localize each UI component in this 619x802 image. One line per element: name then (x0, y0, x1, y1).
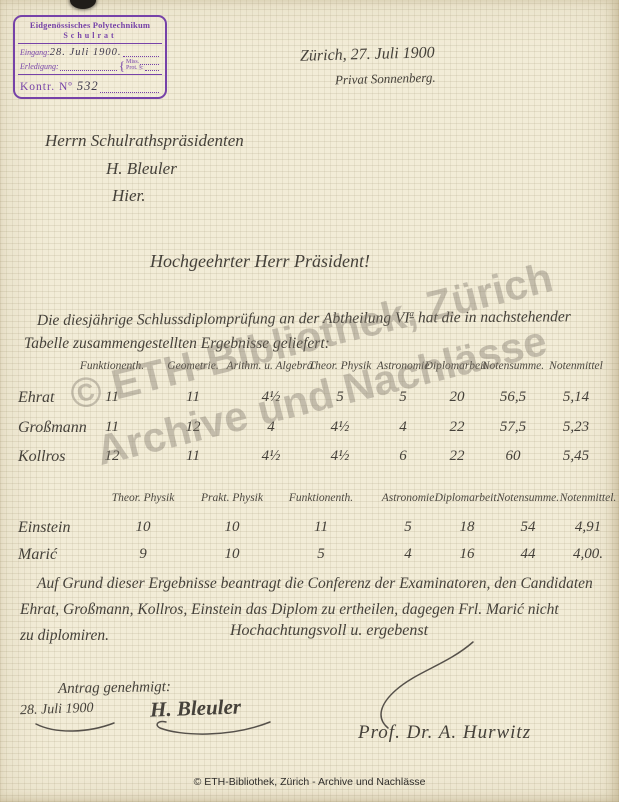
salutation: Hochgeehrter Herr Präsident! (150, 251, 370, 272)
intro-line: Tabelle zusammengestellten Ergebnisse ge… (24, 335, 330, 353)
grade: 9 (139, 546, 147, 563)
grade: 60 (506, 448, 521, 465)
dateline: Zürich, 27. Juli 1900 (300, 44, 435, 66)
grade: 57,5 (500, 419, 526, 436)
pen-flourish (330, 638, 480, 733)
column-header: Theor. Physik (112, 492, 175, 504)
column-header: Diplomarbeit. (425, 360, 490, 372)
column-header: Diplomarbeit. (435, 492, 500, 504)
grade: 6 (399, 448, 407, 465)
scanned-letter-page: Eidgenössisches Polytechnikum Schulrat E… (0, 0, 619, 802)
column-header: Theor. Physik (309, 360, 372, 372)
grade: 5 (399, 389, 407, 406)
stamp-erledigung-row: Erledigung: { Miss. Prot. §: (20, 59, 160, 71)
table-row: Großmann 11 12 4 4½ 4 22 57,5 5,23 (0, 419, 619, 439)
grade: 20 (450, 389, 465, 406)
grade: 4½ (262, 389, 281, 406)
candidate-name: Großmann (18, 419, 87, 437)
grade: 4½ (262, 448, 281, 465)
table1-header-row: Funktionenth. Geometrie. Arithm. u. Alge… (0, 360, 619, 380)
brace-glyph: { (119, 61, 125, 71)
column-header: Funktionenth. (289, 492, 353, 504)
grade: 54 (521, 519, 536, 536)
grade: 4½ (331, 419, 350, 436)
stamp-department: Schulrat (20, 31, 160, 40)
eingang-value: 28. Juli 1900. (50, 47, 122, 58)
grade: 10 (136, 519, 151, 536)
grade: 22 (450, 448, 465, 465)
sender-note: Privat Sonnenberg. (335, 70, 436, 89)
grade: 5 (404, 519, 412, 536)
grade: 4½ (331, 448, 350, 465)
stamp-institution: Eidgenössisches Polytechnikum (20, 20, 160, 30)
candidate-name: Einstein (18, 519, 70, 537)
archive-caption: © ETH-Bibliothek, Zürich - Archive und N… (0, 776, 619, 788)
grade: 10 (225, 546, 240, 563)
grade: 5,45 (563, 448, 589, 465)
stamp-divider (18, 43, 162, 44)
grade: 11 (105, 389, 119, 406)
table2-header-row: Theor. Physik Prakt. Physik Funktionenth… (0, 492, 619, 512)
column-header: Arithm. u. Algebra. (227, 360, 316, 372)
grade: 22 (450, 419, 465, 436)
recipient-line: H. Bleuler (106, 159, 177, 179)
column-header: Astronomie (377, 360, 430, 372)
grade: 11 (186, 389, 200, 406)
grade: 11 (186, 448, 200, 465)
grade: 5,14 (563, 389, 589, 406)
grade: 12 (105, 448, 120, 465)
stamp-mini-fields: Miss. Prot. §: (126, 59, 160, 71)
table-row: Kollros 12 11 4½ 4½ 6 22 60 5,45 (0, 448, 619, 468)
grade: 16 (460, 546, 475, 563)
receipt-stamp: Eidgenössisches Polytechnikum Schulrat E… (13, 15, 167, 99)
stamp-kontr-row: Kontr. Nº 532 (20, 78, 160, 93)
approval-note: Antrag genehmigt: (58, 679, 171, 698)
grade: 4 (404, 546, 412, 563)
dotted-line (100, 84, 159, 93)
grade: 10 (225, 519, 240, 536)
dotted-line (60, 62, 117, 71)
table-row: Marić 9 10 5 4 16 44 4,00. (0, 546, 619, 566)
grade: 11 (314, 519, 328, 536)
column-header: Notenmittel. (560, 492, 617, 504)
grade: 56,5 (500, 389, 526, 406)
column-header: Notenmittel (549, 360, 603, 372)
dotted-line (123, 48, 159, 57)
grade: 4 (267, 419, 275, 436)
candidate-name: Ehrat (18, 389, 54, 407)
dotted-line (145, 65, 159, 71)
table-row: Ehrat 11 11 4½ 5 5 20 56,5 5,14 (0, 389, 619, 409)
table-row: Einstein 10 10 11 5 18 54 4,91 (0, 519, 619, 539)
kontr-value: 532 (77, 79, 99, 94)
recipient-line: Herrn Schulrathspräsidenten (45, 131, 244, 151)
column-header: Astronomie (382, 492, 435, 504)
grade: 4 (399, 419, 407, 436)
conclusion-line: Ehrat, Großmann, Kollros, Einstein das D… (20, 601, 559, 619)
grade: 18 (460, 519, 475, 536)
binding-hole-mark (70, 0, 96, 9)
conclusion-line: zu diplomiren. (20, 627, 109, 645)
stamp-divider (18, 74, 162, 75)
signature-underline-flourish (150, 718, 280, 738)
intro-line: Die diesjährige Schlussdiplomprüfung an … (37, 307, 571, 330)
column-header: Funktionenth. (80, 360, 144, 372)
grade: 12 (186, 419, 201, 436)
grade: 4,00. (573, 546, 603, 563)
conclusion-line: Auf Grund dieser Ergebnisse beantragt di… (37, 575, 593, 593)
recipient-line: Hier. (112, 186, 146, 206)
grade: 11 (105, 419, 119, 436)
column-header: Prakt. Physik (201, 492, 263, 504)
grade: 5 (336, 389, 344, 406)
grade: 4,91 (575, 519, 601, 536)
eingang-label: Eingang: (20, 48, 50, 57)
hurwitz-signature: Prof. Dr. A. Hurwitz (358, 722, 531, 744)
erledigung-label: Erledigung: (20, 62, 59, 71)
column-header: Notensumme. (497, 492, 559, 504)
grade: 5 (317, 546, 325, 563)
kontr-label: Kontr. Nº (20, 81, 73, 93)
stamp-eingang-row: Eingang: 28. Juli 1900. (20, 46, 160, 57)
date-underline-flourish (30, 720, 120, 736)
column-header: Geometrie. (167, 360, 218, 372)
prot-label: Prot. §: (126, 65, 144, 71)
grade: 5,23 (563, 419, 589, 436)
candidate-name: Marić (18, 546, 57, 564)
approval-date: 28. Juli 1900 (20, 701, 94, 720)
column-header: Notensumme. (482, 360, 544, 372)
grade: 44 (521, 546, 536, 563)
candidate-name: Kollros (18, 448, 65, 466)
